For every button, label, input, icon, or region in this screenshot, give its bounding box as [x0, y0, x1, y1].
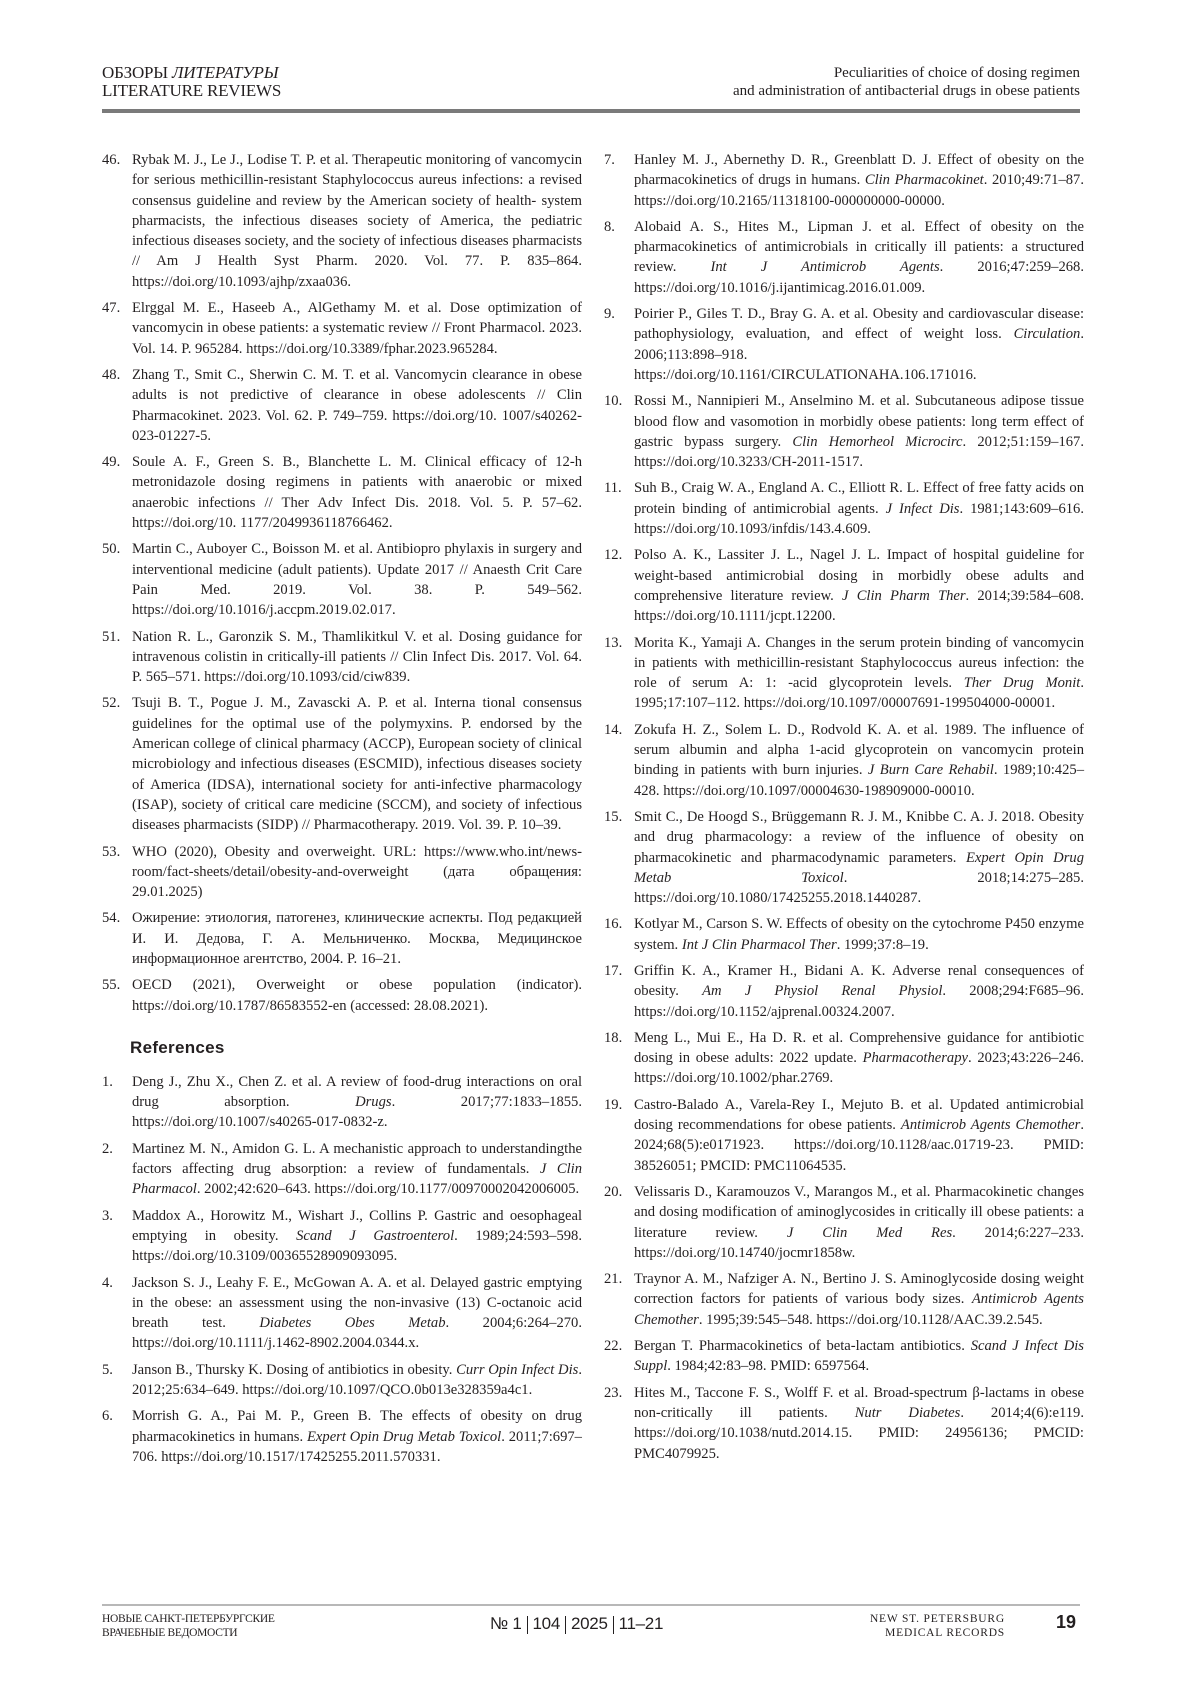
journal-title: Antimicrob Agents Chemother — [901, 1117, 1080, 1133]
separator — [527, 1616, 528, 1634]
journal-title: Int J Clin Pharmacol Ther — [682, 937, 837, 953]
english-reference-list-part2: 7.Hanley M. J., Abernethy D. R., Greenbl… — [604, 150, 1084, 1464]
reference-item: 3.Maddox A., Horowitz M., Wishart J., Co… — [102, 1206, 582, 1267]
reference-text: Bergan T. Pharmacokinetics of beta-lacta… — [634, 1338, 971, 1354]
reference-item: 17.Griffin K. A., Kramer H., Bidani A. K… — [604, 961, 1084, 1022]
reference-text: Rybak M. J., Le J., Lodise T. P. et al. … — [132, 152, 582, 290]
reference-item: 22.Bergan T. Pharmacokinetics of beta-la… — [604, 1336, 1084, 1377]
issue-info: № 1104202511–21 — [490, 1614, 663, 1634]
reference-text: Zhang T., Smit C., Sherwin C. M. T. et a… — [132, 367, 582, 444]
journal-title: Nutr Diabetes — [855, 1405, 961, 1421]
reference-number: 5. — [102, 1360, 113, 1380]
reference-number: 14. — [604, 720, 622, 740]
journal-title: Curr Opin Infect Dis — [456, 1362, 578, 1378]
reference-text: Tsuji B. T., Pogue J. M., Zavascki A. P.… — [132, 695, 582, 833]
reference-number: 51. — [102, 627, 120, 647]
reference-item: 50.Martin C., Auboyer C., Boisson M. et … — [102, 539, 582, 620]
reference-item: 9.Poirier P., Giles T. D., Bray G. A. et… — [604, 304, 1084, 385]
reference-number: 6. — [102, 1406, 113, 1426]
right-column: 7.Hanley M. J., Abernethy D. R., Greenbl… — [604, 150, 1084, 1470]
reference-text: Martin C., Auboyer C., Boisson M. et al.… — [132, 541, 582, 618]
reference-item: 49.Soule A. F., Green S. B., Blanchette … — [102, 452, 582, 533]
page-number: 19 — [1056, 1612, 1076, 1633]
journal-title: Diabetes Obes Metab — [259, 1315, 445, 1331]
reference-item: 14.Zokufa H. Z., Solem L. D., Rodvold K.… — [604, 720, 1084, 801]
reference-text: Soule A. F., Green S. B., Blanchette L. … — [132, 454, 582, 531]
reference-number: 20. — [604, 1182, 622, 1202]
reference-item: 21.Traynor A. M., Nafziger A. N., Bertin… — [604, 1269, 1084, 1330]
reference-number: 7. — [604, 150, 615, 170]
journal-title: J Infect Dis — [886, 501, 960, 517]
english-reference-list-part1: 1.Deng J., Zhu X., Chen Z. et al. A revi… — [102, 1072, 582, 1467]
journal-title: Clin Pharmacokinet — [865, 172, 984, 188]
reference-number: 16. — [604, 914, 622, 934]
reference-text: Janson B., Thursky K. Dosing of antibiot… — [132, 1362, 456, 1378]
reference-item: 23.Hites M., Taccone F. S., Wolff F. et … — [604, 1383, 1084, 1464]
footer-divider — [102, 1604, 1080, 1606]
journal-title: Circulation — [1014, 326, 1081, 342]
reference-item: 55.OECD (2021), Overweight or obese popu… — [102, 975, 582, 1016]
reference-item: 13.Morita K., Yamaji A. Changes in the s… — [604, 633, 1084, 714]
article-short-title: Peculiarities of choice of dosing regime… — [733, 64, 1080, 100]
reference-item: 20.Velissaris D., Karamouzos V., Marango… — [604, 1182, 1084, 1263]
reference-number: 46. — [102, 150, 120, 170]
reference-number: 52. — [102, 693, 120, 713]
journal-title: J Clin Med Res — [787, 1225, 952, 1241]
reference-citation: . 1984;42:83–98. PMID: 6597564. — [667, 1358, 869, 1374]
journal-name-en: NEW ST. PETERSBURG MEDICAL RECORDS — [870, 1612, 1005, 1640]
reference-number: 48. — [102, 365, 120, 385]
reference-number: 55. — [102, 975, 120, 995]
journal-title: J Burn Care Rehabil — [868, 762, 994, 778]
reference-citation: . 2002;42:620–643. https://doi.org/10.11… — [197, 1181, 579, 1197]
reference-number: 54. — [102, 908, 120, 928]
reference-number: 21. — [604, 1269, 622, 1289]
reference-item: 6.Morrish G. A., Pai M. P., Green B. The… — [102, 1406, 582, 1467]
reference-number: 53. — [102, 842, 120, 862]
reference-item: 16.Kotlyar M., Carson S. W. Effects of o… — [604, 914, 1084, 955]
russian-reference-list: 46.Rybak M. J., Le J., Lodise T. P. et a… — [102, 150, 582, 1016]
reference-item: 53.WHO (2020), Obesity and overweight. U… — [102, 842, 582, 903]
reference-item: 8.Alobaid A. S., Hites M., Lipman J. et … — [604, 217, 1084, 298]
separator — [613, 1616, 614, 1634]
reference-number: 19. — [604, 1095, 622, 1115]
reference-number: 22. — [604, 1336, 622, 1356]
reference-number: 8. — [604, 217, 615, 237]
journal-title: Drugs — [355, 1094, 392, 1110]
reference-item: 51.Nation R. L., Garonzik S. M., Thamlik… — [102, 627, 582, 688]
journal-title: Clin Hemorheol Microcirc — [792, 434, 962, 450]
reference-number: 10. — [604, 391, 622, 411]
reference-item: 12.Polso A. K., Lassiter J. L., Nagel J.… — [604, 545, 1084, 626]
reference-item: 1.Deng J., Zhu X., Chen Z. et al. A revi… — [102, 1072, 582, 1133]
journal-title: Pharmacotherapy — [863, 1050, 968, 1066]
reference-number: 4. — [102, 1273, 113, 1293]
reference-item: 11.Suh B., Craig W. A., England A. C., E… — [604, 478, 1084, 539]
reference-citation: . 1999;37:8–19. — [837, 937, 929, 953]
reference-number: 12. — [604, 545, 622, 565]
reference-text: Martinez M. N., Amidon G. L. A mechanist… — [132, 1141, 582, 1177]
journal-title: Am J Physiol Renal Physiol — [702, 983, 942, 999]
reference-item: 46.Rybak M. J., Le J., Lodise T. P. et a… — [102, 150, 582, 292]
journal-title: Int J Antimicrob Agents — [710, 259, 939, 275]
reference-number: 1. — [102, 1072, 113, 1092]
reference-number: 9. — [604, 304, 615, 324]
reference-number: 15. — [604, 807, 622, 827]
reference-text: WHO (2020), Obesity and overweight. URL:… — [132, 844, 582, 901]
reference-item: 18.Meng L., Mui E., Ha D. R. et al. Comp… — [604, 1028, 1084, 1089]
running-header: ОБЗОРЫ ЛИТЕРАТУРЫ LITERATURE REVIEWS Pec… — [102, 64, 1080, 114]
reference-item: 4.Jackson S. J., Leahy F. E., McGowan A.… — [102, 1273, 582, 1354]
journal-title: Ther Drug Monit — [964, 675, 1081, 691]
reference-item: 19.Castro-Balado A., Varela-Rey I., Meju… — [604, 1095, 1084, 1176]
reference-number: 11. — [604, 478, 622, 498]
reference-number: 23. — [604, 1383, 622, 1403]
reference-number: 49. — [102, 452, 120, 472]
reference-item: 54.Ожирение: этиология, патогенез, клини… — [102, 908, 582, 969]
reference-item: 5.Janson B., Thursky K. Dosing of antibi… — [102, 1360, 582, 1401]
reference-item: 2.Martinez M. N., Amidon G. L. A mechani… — [102, 1139, 582, 1200]
reference-item: 48.Zhang T., Smit C., Sherwin C. M. T. e… — [102, 365, 582, 446]
left-column: 46.Rybak M. J., Le J., Lodise T. P. et a… — [102, 150, 582, 1473]
reference-item: 47.Elrggal M. E., Haseeb A., AlGethamy M… — [102, 298, 582, 359]
section-label: ОБЗОРЫ ЛИТЕРАТУРЫ LITERATURE REVIEWS — [102, 64, 281, 100]
reference-item: 10.Rossi M., Nannipieri M., Anselmino M.… — [604, 391, 1084, 472]
reference-number: 17. — [604, 961, 622, 981]
reference-text: OECD (2021), Overweight or obese populat… — [132, 977, 582, 1013]
reference-text: Ожирение: этиология, патогенез, клиничес… — [132, 910, 582, 967]
reference-item: 15.Smit C., De Hoogd S., Brüggemann R. J… — [604, 807, 1084, 908]
reference-number: 18. — [604, 1028, 622, 1048]
journal-title: Expert Opin Drug Metab Toxicol — [307, 1429, 501, 1445]
reference-number: 47. — [102, 298, 120, 318]
reference-number: 13. — [604, 633, 622, 653]
journal-name-ru: НОВЫЕ САНКТ-ПЕТЕРБУРГСКИЕ ВРАЧЕБНЫЕ ВЕДО… — [102, 1612, 275, 1640]
references-heading: References — [130, 1038, 582, 1058]
reference-text: Nation R. L., Garonzik S. M., Thamlikitk… — [132, 629, 582, 686]
header-divider — [102, 109, 1080, 113]
reference-number: 2. — [102, 1139, 113, 1159]
reference-item: 7.Hanley M. J., Abernethy D. R., Greenbl… — [604, 150, 1084, 211]
separator — [565, 1616, 566, 1634]
journal-title: Scand J Gastroenterol — [296, 1228, 454, 1244]
reference-number: 50. — [102, 539, 120, 559]
reference-citation: . 1995;39:545–548. https://doi.org/10.11… — [699, 1312, 1043, 1328]
reference-text: Elrggal M. E., Haseeb A., AlGethamy M. e… — [132, 300, 582, 357]
reference-number: 3. — [102, 1206, 113, 1226]
reference-item: 52.Tsuji B. T., Pogue J. M., Zavascki A.… — [102, 693, 582, 835]
journal-title: J Clin Pharm Ther — [842, 588, 966, 604]
